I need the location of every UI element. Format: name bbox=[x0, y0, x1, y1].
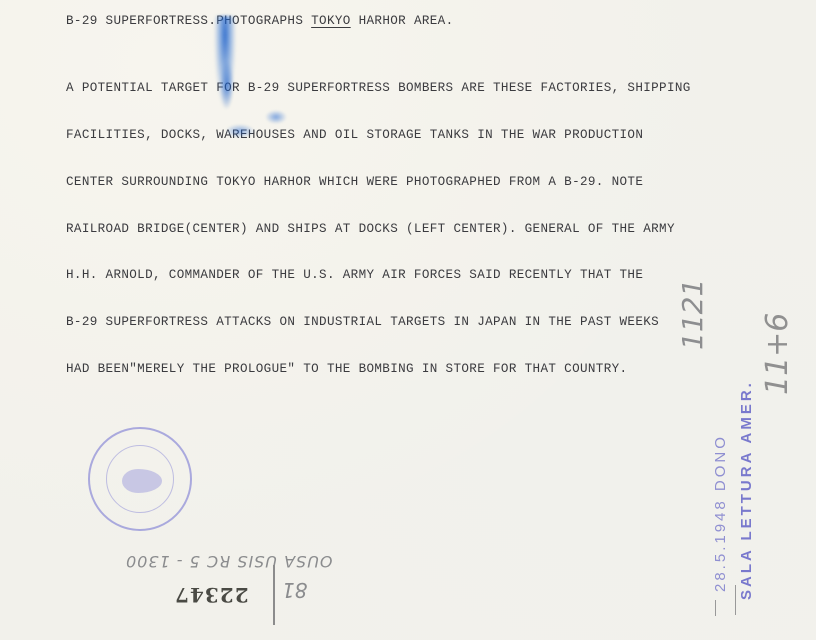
caption-line: CENTER SURROUNDING TOKYO HARHOR WHICH WE… bbox=[66, 175, 691, 191]
pencil-tick bbox=[735, 585, 736, 615]
headline-suffix: HARHOR AREA. bbox=[351, 14, 454, 28]
stamped-serial-number: 22347 bbox=[174, 583, 249, 607]
round-library-stamp bbox=[88, 427, 192, 531]
library-stamp-date: 28.5.1948 DONO bbox=[712, 434, 729, 592]
handwritten-mark: 81 bbox=[282, 578, 307, 602]
pencil-tick bbox=[715, 600, 716, 616]
headline-underlined-word: TOKYO bbox=[311, 14, 351, 28]
caption-line: FACILITIES, DOCKS, WAREHOUSES AND OIL ST… bbox=[66, 128, 691, 144]
caption-line: HAD BEEN"MERELY THE PROLOGUE" TO THE BOM… bbox=[66, 362, 691, 378]
headline: B-29 SUPERFORTRESS.PHOTOGRAPHS TOKYO HAR… bbox=[66, 14, 454, 30]
library-stamp-location: SALA LETTURA AMER. bbox=[738, 380, 755, 600]
handwritten-usis-note: OUSA USIS RC 5 - 1300 bbox=[125, 552, 333, 571]
blue-ink-smudge bbox=[225, 124, 255, 138]
pencil-mark-vertical: 11+6 bbox=[760, 313, 795, 395]
headline-prefix: B-29 SUPERFORTRESS.PHOTOGRAPHS bbox=[66, 14, 311, 28]
caption-line: RAILROAD BRIDGE(CENTER) AND SHIPS AT DOC… bbox=[66, 222, 691, 238]
handwritten-number-vertical: 1121 bbox=[676, 279, 709, 350]
pencil-divider-line bbox=[273, 565, 275, 625]
blue-ink-drip bbox=[220, 60, 234, 110]
caption-line: H.H. ARNOLD, COMMANDER OF THE U.S. ARMY … bbox=[66, 268, 691, 284]
blue-ink-smudge bbox=[265, 110, 287, 124]
caption-line: A POTENTIAL TARGET FOR B-29 SUPERFORTRES… bbox=[66, 81, 691, 97]
caption-body: A POTENTIAL TARGET FOR B-29 SUPERFORTRES… bbox=[66, 50, 691, 393]
caption-line: B-29 SUPERFORTRESS ATTACKS ON INDUSTRIAL… bbox=[66, 315, 691, 331]
